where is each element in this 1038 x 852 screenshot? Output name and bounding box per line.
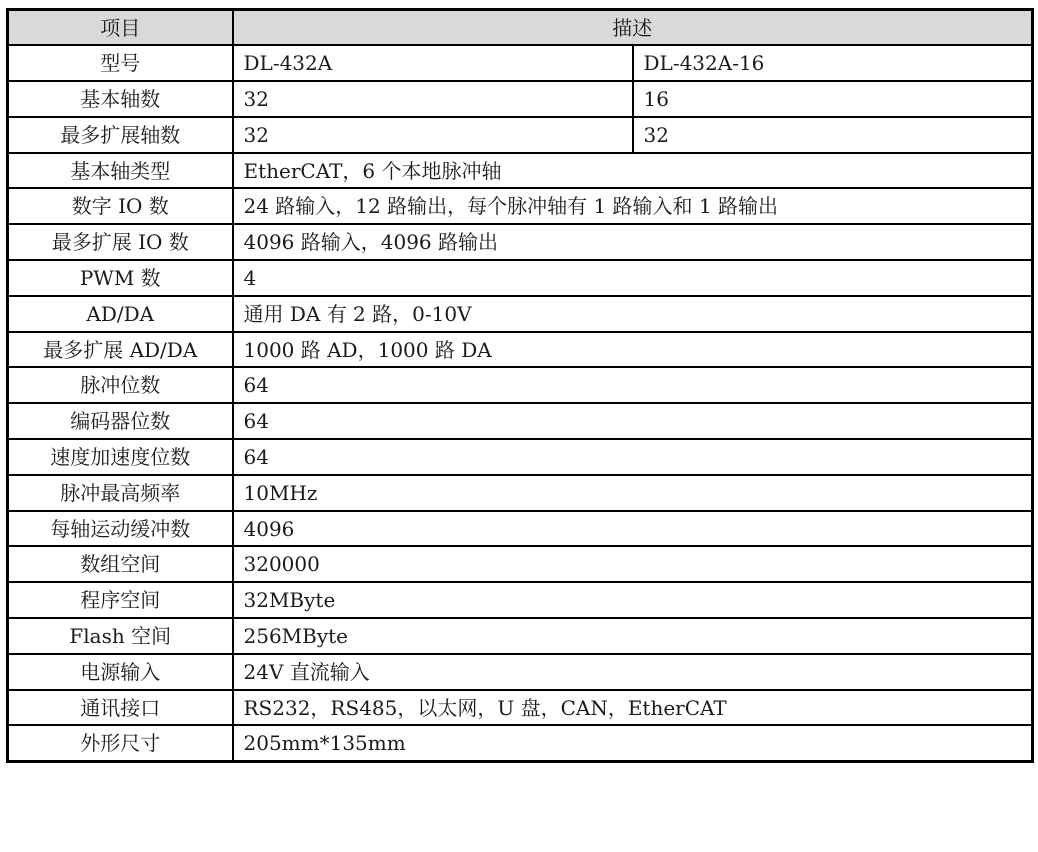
table-row: 基本轴类型 EtherCAT，6 个本地脉冲轴: [8, 153, 1033, 189]
row-label: 每轴运动缓冲数: [8, 511, 233, 547]
table-row: Flash 空间 256MByte: [8, 618, 1033, 654]
row-label: 型号: [8, 45, 233, 81]
header-item: 项目: [8, 10, 233, 46]
table-row: 数字 IO 数 24 路输入，12 路输出，每个脉冲轴有 1 路输入和 1 路输…: [8, 188, 1033, 224]
row-label: 基本轴数: [8, 81, 233, 117]
header-row: 项目 描述: [8, 10, 1033, 46]
row-label: 程序空间: [8, 582, 233, 618]
row-label: PWM 数: [8, 260, 233, 296]
row-value: 24 路输入，12 路输出，每个脉冲轴有 1 路输入和 1 路输出: [233, 188, 1033, 224]
table-row: 电源输入 24V 直流输入: [8, 654, 1033, 690]
table-row-model: 型号 DL-432A DL-432A-16: [8, 45, 1033, 81]
table-row-basic-axes: 基本轴数 32 16: [8, 81, 1033, 117]
row-value-b: 16: [633, 81, 1033, 117]
row-label: 通讯接口: [8, 690, 233, 726]
row-value: 24V 直流输入: [233, 654, 1033, 690]
row-value-a: 32: [233, 81, 633, 117]
row-label: 数组空间: [8, 546, 233, 582]
row-value: 32MByte: [233, 582, 1033, 618]
table-row: 数组空间 320000: [8, 546, 1033, 582]
row-label: 编码器位数: [8, 403, 233, 439]
row-label: 最多扩展 AD/DA: [8, 332, 233, 368]
table-row: 外形尺寸 205mm*135mm: [8, 725, 1033, 761]
model-value-dl-432a: DL-432A: [233, 45, 633, 81]
table-row: 最多扩展 AD/DA 1000 路 AD，1000 路 DA: [8, 332, 1033, 368]
table-row: 脉冲最高频率 10MHz: [8, 475, 1033, 511]
table-row: PWM 数 4: [8, 260, 1033, 296]
row-label: 最多扩展轴数: [8, 117, 233, 153]
row-label: Flash 空间: [8, 618, 233, 654]
row-label: 脉冲位数: [8, 367, 233, 403]
row-label: 外形尺寸: [8, 725, 233, 761]
row-label: 基本轴类型: [8, 153, 233, 189]
row-value: 通用 DA 有 2 路，0-10V: [233, 296, 1033, 332]
row-label: 电源输入: [8, 654, 233, 690]
model-value-dl-432a-16: DL-432A-16: [633, 45, 1033, 81]
row-value-b: 32: [633, 117, 1033, 153]
table-row: 最多扩展 IO 数 4096 路输入，4096 路输出: [8, 224, 1033, 260]
row-value: 4096 路输入，4096 路输出: [233, 224, 1033, 260]
row-value: 205mm*135mm: [233, 725, 1033, 761]
header-description: 描述: [233, 10, 1033, 46]
row-label: 最多扩展 IO 数: [8, 224, 233, 260]
table-row-max-expand-axes: 最多扩展轴数 32 32: [8, 117, 1033, 153]
table-row: 脉冲位数 64: [8, 367, 1033, 403]
spec-table: 项目 描述 型号 DL-432A DL-432A-16 基本轴数 32 16 最…: [6, 8, 1034, 763]
row-value-a: 32: [233, 117, 633, 153]
row-value: EtherCAT，6 个本地脉冲轴: [233, 153, 1033, 189]
row-label: 速度加速度位数: [8, 439, 233, 475]
row-value: 64: [233, 403, 1033, 439]
table-row: 通讯接口 RS232，RS485，以太网，U 盘，CAN，EtherCAT: [8, 690, 1033, 726]
row-value: 10MHz: [233, 475, 1033, 511]
row-label: 脉冲最高频率: [8, 475, 233, 511]
row-label: 数字 IO 数: [8, 188, 233, 224]
row-value: 320000: [233, 546, 1033, 582]
table-row: 速度加速度位数 64: [8, 439, 1033, 475]
row-label: AD/DA: [8, 296, 233, 332]
table-row: AD/DA 通用 DA 有 2 路，0-10V: [8, 296, 1033, 332]
row-value: 4096: [233, 511, 1033, 547]
row-value: 1000 路 AD，1000 路 DA: [233, 332, 1033, 368]
table-row: 编码器位数 64: [8, 403, 1033, 439]
row-value: 256MByte: [233, 618, 1033, 654]
row-value: 4: [233, 260, 1033, 296]
row-value: RS232，RS485，以太网，U 盘，CAN，EtherCAT: [233, 690, 1033, 726]
row-value: 64: [233, 439, 1033, 475]
table-row: 程序空间 32MByte: [8, 582, 1033, 618]
row-value: 64: [233, 367, 1033, 403]
table-row: 每轴运动缓冲数 4096: [8, 511, 1033, 547]
